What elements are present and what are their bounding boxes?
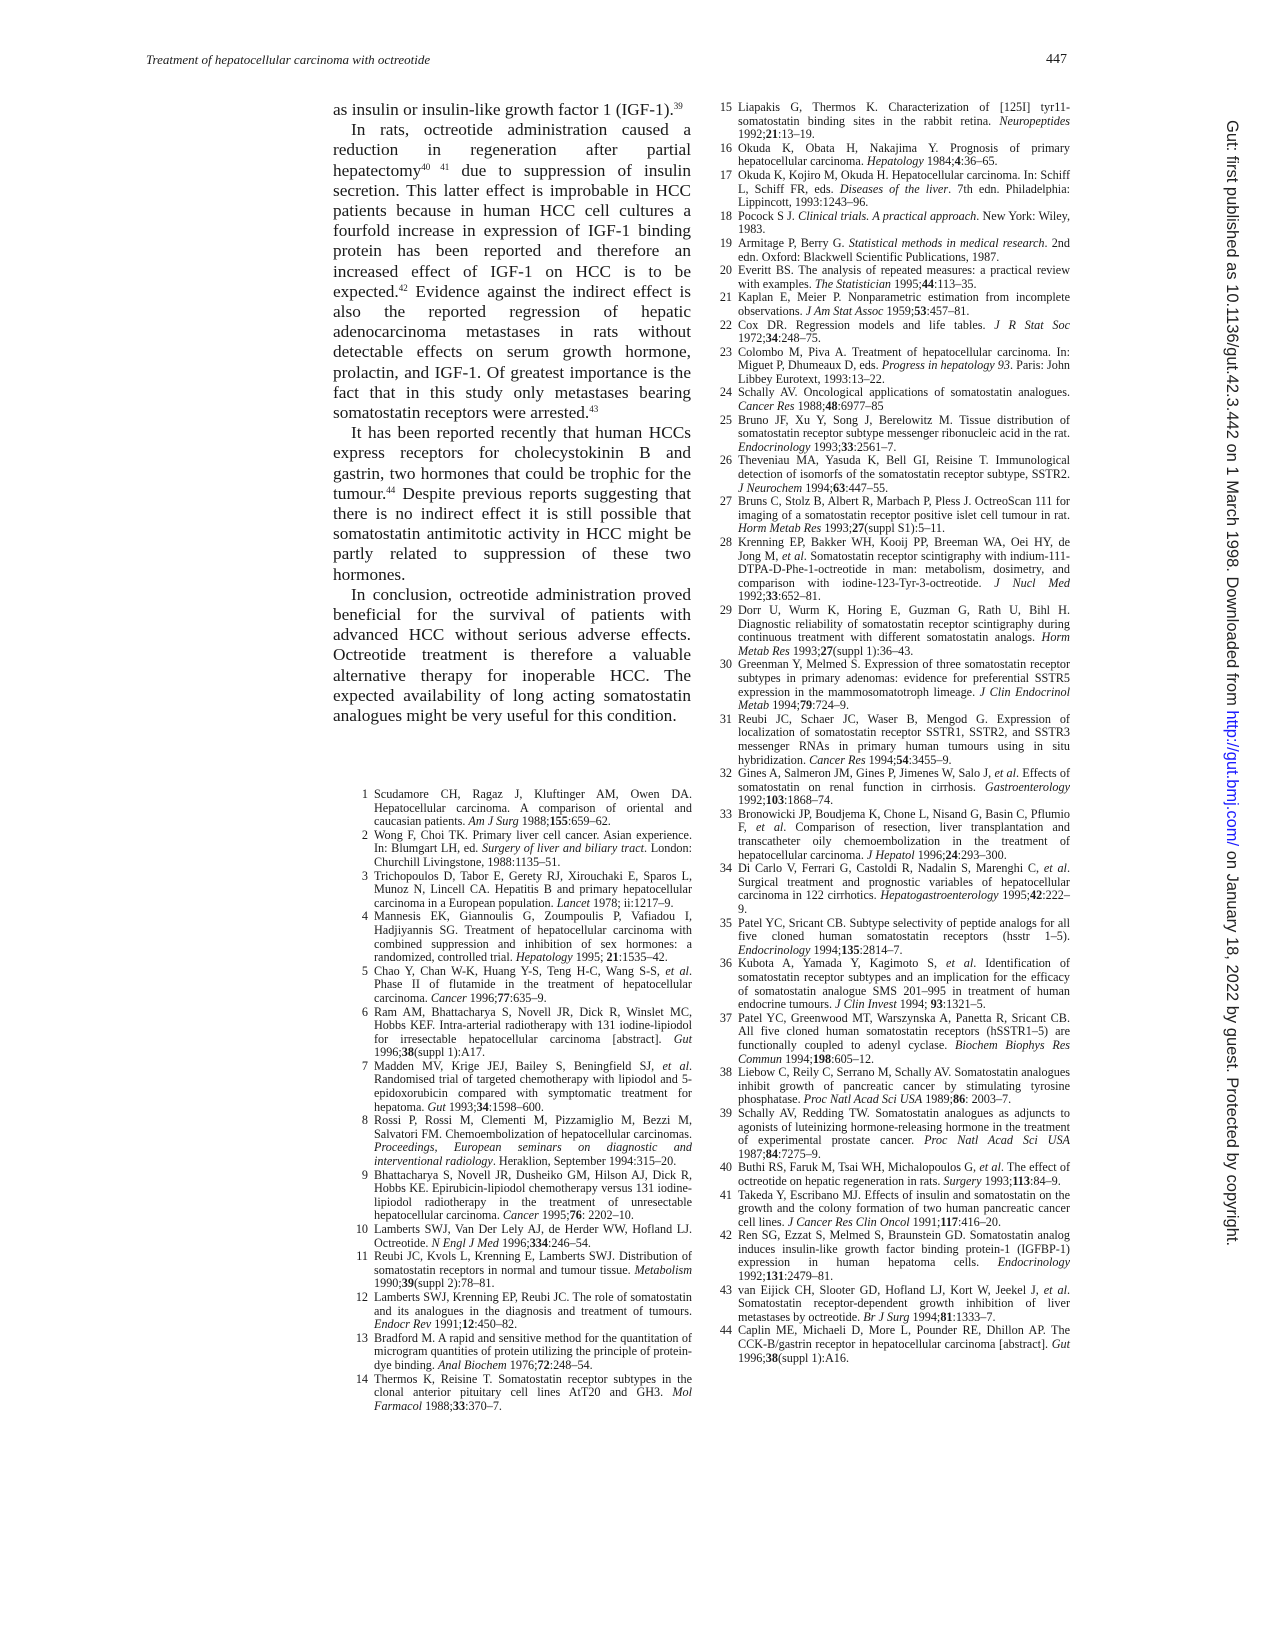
running-head: Treatment of hepatocellular carcinoma wi… [146, 52, 430, 68]
reference-item: 15Liapakis G, Thermos K. Characterizatio… [716, 101, 1070, 142]
reference-number: 31 [716, 713, 732, 727]
reference-text: Liebow C, Reily C, Serrano M, Schally AV… [738, 1065, 1070, 1106]
reference-item: 30Greenman Y, Melmed S. Expression of th… [716, 658, 1070, 712]
reference-text: Reubi JC, Kvols L, Krenning E, Lamberts … [374, 1249, 692, 1290]
reference-item: 14Thermos K, Reisine T. Somatostatin rec… [352, 1373, 692, 1414]
journal-link[interactable]: http://gut.bmj.com/ [1223, 710, 1241, 846]
reference-number: 19 [716, 237, 732, 251]
reference-item: 17Okuda K, Kojiro M, Okuda H. Hepatocell… [716, 169, 1070, 210]
reference-item: 7Madden MV, Krige JEJ, Bailey S, Beningf… [352, 1060, 692, 1114]
reference-number: 30 [716, 658, 732, 672]
reference-number: 2 [352, 829, 368, 843]
citation-superscript: 42 [399, 283, 408, 293]
body-text-column: as insulin or insulin-like growth factor… [333, 100, 691, 726]
reference-text: Pocock S J. Clinical trials. A practical… [738, 209, 1070, 237]
reference-text: Reubi JC, Schaer JC, Waser B, Mengod G. … [738, 712, 1070, 767]
reference-number: 9 [352, 1169, 368, 1183]
reference-number: 14 [352, 1373, 368, 1387]
reference-item: 5Chao Y, Chan W-K, Huang Y-S, Teng H-C, … [352, 965, 692, 1006]
reference-text: Lamberts SWJ, Krenning EP, Reubi JC. The… [374, 1290, 692, 1331]
reference-number: 24 [716, 386, 732, 400]
reference-item: 12Lamberts SWJ, Krenning EP, Reubi JC. T… [352, 1291, 692, 1332]
reference-text: Patel YC, Greenwood MT, Warszynska A, Pa… [738, 1011, 1070, 1066]
reference-text: Ram AM, Bhattacharya S, Novell JR, Dick … [374, 1005, 692, 1060]
citation-superscript: 40 41 [421, 162, 449, 172]
reference-item: 34Di Carlo V, Ferrari G, Castoldi R, Nad… [716, 862, 1070, 916]
reference-item: 44Caplin ME, Michaeli D, More L, Pounder… [716, 1324, 1070, 1365]
reference-item: 23Colombo M, Piva A. Treatment of hepato… [716, 346, 1070, 387]
citation-superscript: 43 [589, 404, 598, 414]
reference-item: 39Schally AV, Redding TW. Somatostatin a… [716, 1107, 1070, 1161]
reference-text: Schally AV. Oncological applications of … [738, 385, 1070, 413]
reference-text: Bronowicki JP, Boudjema K, Chone L, Nisa… [738, 807, 1070, 862]
body-paragraph: In conclusion, octreotide administration… [333, 585, 691, 726]
reference-number: 32 [716, 767, 732, 781]
reference-number: 33 [716, 808, 732, 822]
reference-number: 23 [716, 346, 732, 360]
reference-text: Rossi P, Rossi M, Clementi M, Pizzamigli… [374, 1113, 692, 1168]
side-notice-prefix: Gut: first published as 10.1136/gut.42.3… [1223, 120, 1241, 710]
reference-number: 35 [716, 917, 732, 931]
reference-number: 16 [716, 142, 732, 156]
reference-text: Ren SG, Ezzat S, Melmed S, Braunstein GD… [738, 1228, 1070, 1283]
reference-text: Colombo M, Piva A. Treatment of hepatoce… [738, 345, 1070, 386]
reference-item: 29Dorr U, Wurm K, Horing E, Guzman G, Ra… [716, 604, 1070, 658]
reference-item: 2Wong F, Choi TK. Primary liver cell can… [352, 829, 692, 870]
reference-item: 35Patel YC, Sricant CB. Subtype selectiv… [716, 917, 1070, 958]
reference-text: van Eijick CH, Slooter GD, Hofland LJ, K… [738, 1283, 1070, 1324]
reference-item: 31Reubi JC, Schaer JC, Waser B, Mengod G… [716, 713, 1070, 767]
reference-item: 1Scudamore CH, Ragaz J, Kluftinger AM, O… [352, 788, 692, 829]
reference-number: 10 [352, 1223, 368, 1237]
reference-number: 18 [716, 210, 732, 224]
reference-text: Wong F, Choi TK. Primary liver cell canc… [374, 828, 692, 869]
reference-text: Kubota A, Yamada Y, Kagimoto S, et al. I… [738, 956, 1070, 1011]
reference-text: Caplin ME, Michaeli D, More L, Pounder R… [738, 1323, 1070, 1364]
reference-text: Bruno JF, Xu Y, Song J, Berelowitz M. Ti… [738, 413, 1070, 454]
reference-text: Theveniau MA, Yasuda K, Bell GI, Reisine… [738, 453, 1070, 494]
reference-item: 6Ram AM, Bhattacharya S, Novell JR, Dick… [352, 1006, 692, 1060]
side-download-notice: Gut: first published as 10.1136/gut.42.3… [1222, 120, 1241, 1246]
reference-number: 5 [352, 965, 368, 979]
reference-item: 21Kaplan E, Meier P. Nonparametric estim… [716, 291, 1070, 318]
reference-text: Bruns C, Stolz B, Albert R, Marbach P, P… [738, 494, 1070, 535]
reference-number: 21 [716, 291, 732, 305]
reference-text: Schally AV, Redding TW. Somatostatin ana… [738, 1106, 1070, 1161]
reference-number: 20 [716, 264, 732, 278]
reference-number: 8 [352, 1114, 368, 1128]
reference-number: 6 [352, 1006, 368, 1020]
reference-number: 11 [352, 1250, 368, 1264]
reference-number: 40 [716, 1161, 732, 1175]
reference-text: Okuda K, Obata H, Nakajima Y. Prognosis … [738, 141, 1070, 169]
reference-text: Bhattacharya S, Novell JR, Dusheiko GM, … [374, 1168, 692, 1223]
reference-item: 19Armitage P, Berry G. Statistical metho… [716, 237, 1070, 264]
reference-item: 22Cox DR. Regression models and life tab… [716, 319, 1070, 346]
citation-superscript: 39 [674, 101, 683, 111]
reference-item: 16Okuda K, Obata H, Nakajima Y. Prognosi… [716, 142, 1070, 169]
reference-item: 25Bruno JF, Xu Y, Song J, Berelowitz M. … [716, 414, 1070, 455]
reference-text: Buthi RS, Faruk M, Tsai WH, Michalopoulo… [738, 1160, 1070, 1188]
reference-text: Armitage P, Berry G. Statistical methods… [738, 236, 1070, 264]
reference-number: 41 [716, 1189, 732, 1203]
reference-list-right: 15Liapakis G, Thermos K. Characterizatio… [716, 101, 1070, 1365]
citation-superscript: 44 [386, 485, 395, 495]
reference-number: 43 [716, 1284, 732, 1298]
reference-text: Cox DR. Regression models and life table… [738, 318, 1070, 346]
page-number: 447 [1046, 52, 1067, 68]
reference-text: Kaplan E, Meier P. Nonparametric estimat… [738, 290, 1070, 318]
body-paragraph: It has been reported recently that human… [333, 423, 691, 585]
reference-item: 24Schally AV. Oncological applications o… [716, 386, 1070, 413]
reference-item: 4Mannesis EK, Giannoulis G, Zoumpoulis P… [352, 910, 692, 964]
reference-item: 20Everitt BS. The analysis of repeated m… [716, 264, 1070, 291]
reference-item: 18Pocock S J. Clinical trials. A practic… [716, 210, 1070, 237]
reference-text: Mannesis EK, Giannoulis G, Zoumpoulis P,… [374, 909, 692, 964]
reference-text: Thermos K, Reisine T. Somatostatin recep… [374, 1372, 692, 1413]
reference-text: Chao Y, Chan W-K, Huang Y-S, Teng H-C, W… [374, 964, 692, 1005]
side-notice-suffix: on January 18, 2022 by guest. Protected … [1223, 846, 1241, 1246]
reference-list-left: 1Scudamore CH, Ragaz J, Kluftinger AM, O… [352, 788, 692, 1413]
reference-number: 7 [352, 1060, 368, 1074]
reference-text: Liapakis G, Thermos K. Characterization … [738, 100, 1070, 141]
reference-item: 26Theveniau MA, Yasuda K, Bell GI, Reisi… [716, 454, 1070, 495]
reference-text: Madden MV, Krige JEJ, Bailey S, Beningfi… [374, 1059, 692, 1114]
reference-number: 28 [716, 536, 732, 550]
reference-text: Di Carlo V, Ferrari G, Castoldi R, Nadal… [738, 861, 1070, 916]
reference-number: 38 [716, 1066, 732, 1080]
reference-item: 43van Eijick CH, Slooter GD, Hofland LJ,… [716, 1284, 1070, 1325]
reference-text: Krenning EP, Bakker WH, Kooij PP, Breema… [738, 535, 1070, 603]
reference-item: 11Reubi JC, Kvols L, Krenning E, Lambert… [352, 1250, 692, 1291]
reference-text: Everitt BS. The analysis of repeated mea… [738, 263, 1070, 291]
reference-item: 33Bronowicki JP, Boudjema K, Chone L, Ni… [716, 808, 1070, 862]
reference-item: 3Trichopoulos D, Tabor E, Gerety RJ, Xir… [352, 870, 692, 911]
reference-number: 3 [352, 870, 368, 884]
reference-text: Okuda K, Kojiro M, Okuda H. Hepatocellul… [738, 168, 1070, 209]
reference-number: 29 [716, 604, 732, 618]
reference-text: Greenman Y, Melmed S. Expression of thre… [738, 657, 1070, 712]
reference-number: 36 [716, 957, 732, 971]
reference-number: 42 [716, 1229, 732, 1243]
reference-number: 4 [352, 910, 368, 924]
reference-text: Dorr U, Wurm K, Horing E, Guzman G, Rath… [738, 603, 1070, 658]
reference-item: 8Rossi P, Rossi M, Clementi M, Pizzamigl… [352, 1114, 692, 1168]
reference-number: 22 [716, 319, 732, 333]
reference-number: 44 [716, 1324, 732, 1338]
body-paragraph: In rats, octreotide administration cause… [333, 120, 691, 423]
reference-number: 25 [716, 414, 732, 428]
reference-item: 28Krenning EP, Bakker WH, Kooij PP, Bree… [716, 536, 1070, 604]
reference-item: 36Kubota A, Yamada Y, Kagimoto S, et al.… [716, 957, 1070, 1011]
reference-text: Takeda Y, Escribano MJ. Effects of insul… [738, 1188, 1070, 1229]
reference-item: 10Lamberts SWJ, Van Der Lely AJ, de Herd… [352, 1223, 692, 1250]
reference-number: 34 [716, 862, 732, 876]
reference-number: 13 [352, 1332, 368, 1346]
body-paragraph: as insulin or insulin-like growth factor… [333, 100, 691, 120]
reference-number: 17 [716, 169, 732, 183]
reference-item: 32Gines A, Salmeron JM, Gines P, Jimenes… [716, 767, 1070, 808]
reference-text: Bradford M. A rapid and sensitive method… [374, 1331, 692, 1372]
reference-text: Scudamore CH, Ragaz J, Kluftinger AM, Ow… [374, 787, 692, 828]
reference-number: 39 [716, 1107, 732, 1121]
reference-text: Lamberts SWJ, Van Der Lely AJ, de Herder… [374, 1222, 692, 1250]
reference-number: 15 [716, 101, 732, 115]
reference-item: 41Takeda Y, Escribano MJ. Effects of ins… [716, 1189, 1070, 1230]
reference-text: Gines A, Salmeron JM, Gines P, Jimenes W… [738, 766, 1070, 807]
reference-number: 37 [716, 1012, 732, 1026]
reference-item: 27Bruns C, Stolz B, Albert R, Marbach P,… [716, 495, 1070, 536]
reference-text: Trichopoulos D, Tabor E, Gerety RJ, Xiro… [374, 869, 692, 910]
reference-number: 1 [352, 788, 368, 802]
reference-item: 13Bradford M. A rapid and sensitive meth… [352, 1332, 692, 1373]
reference-item: 42Ren SG, Ezzat S, Melmed S, Braunstein … [716, 1229, 1070, 1283]
reference-number: 27 [716, 495, 732, 509]
reference-text: Patel YC, Sricant CB. Subtype selectivit… [738, 916, 1070, 957]
reference-item: 9Bhattacharya S, Novell JR, Dusheiko GM,… [352, 1169, 692, 1223]
reference-item: 37Patel YC, Greenwood MT, Warszynska A, … [716, 1012, 1070, 1066]
reference-number: 26 [716, 454, 732, 468]
reference-item: 38Liebow C, Reily C, Serrano M, Schally … [716, 1066, 1070, 1107]
reference-number: 12 [352, 1291, 368, 1305]
reference-item: 40Buthi RS, Faruk M, Tsai WH, Michalopou… [716, 1161, 1070, 1188]
